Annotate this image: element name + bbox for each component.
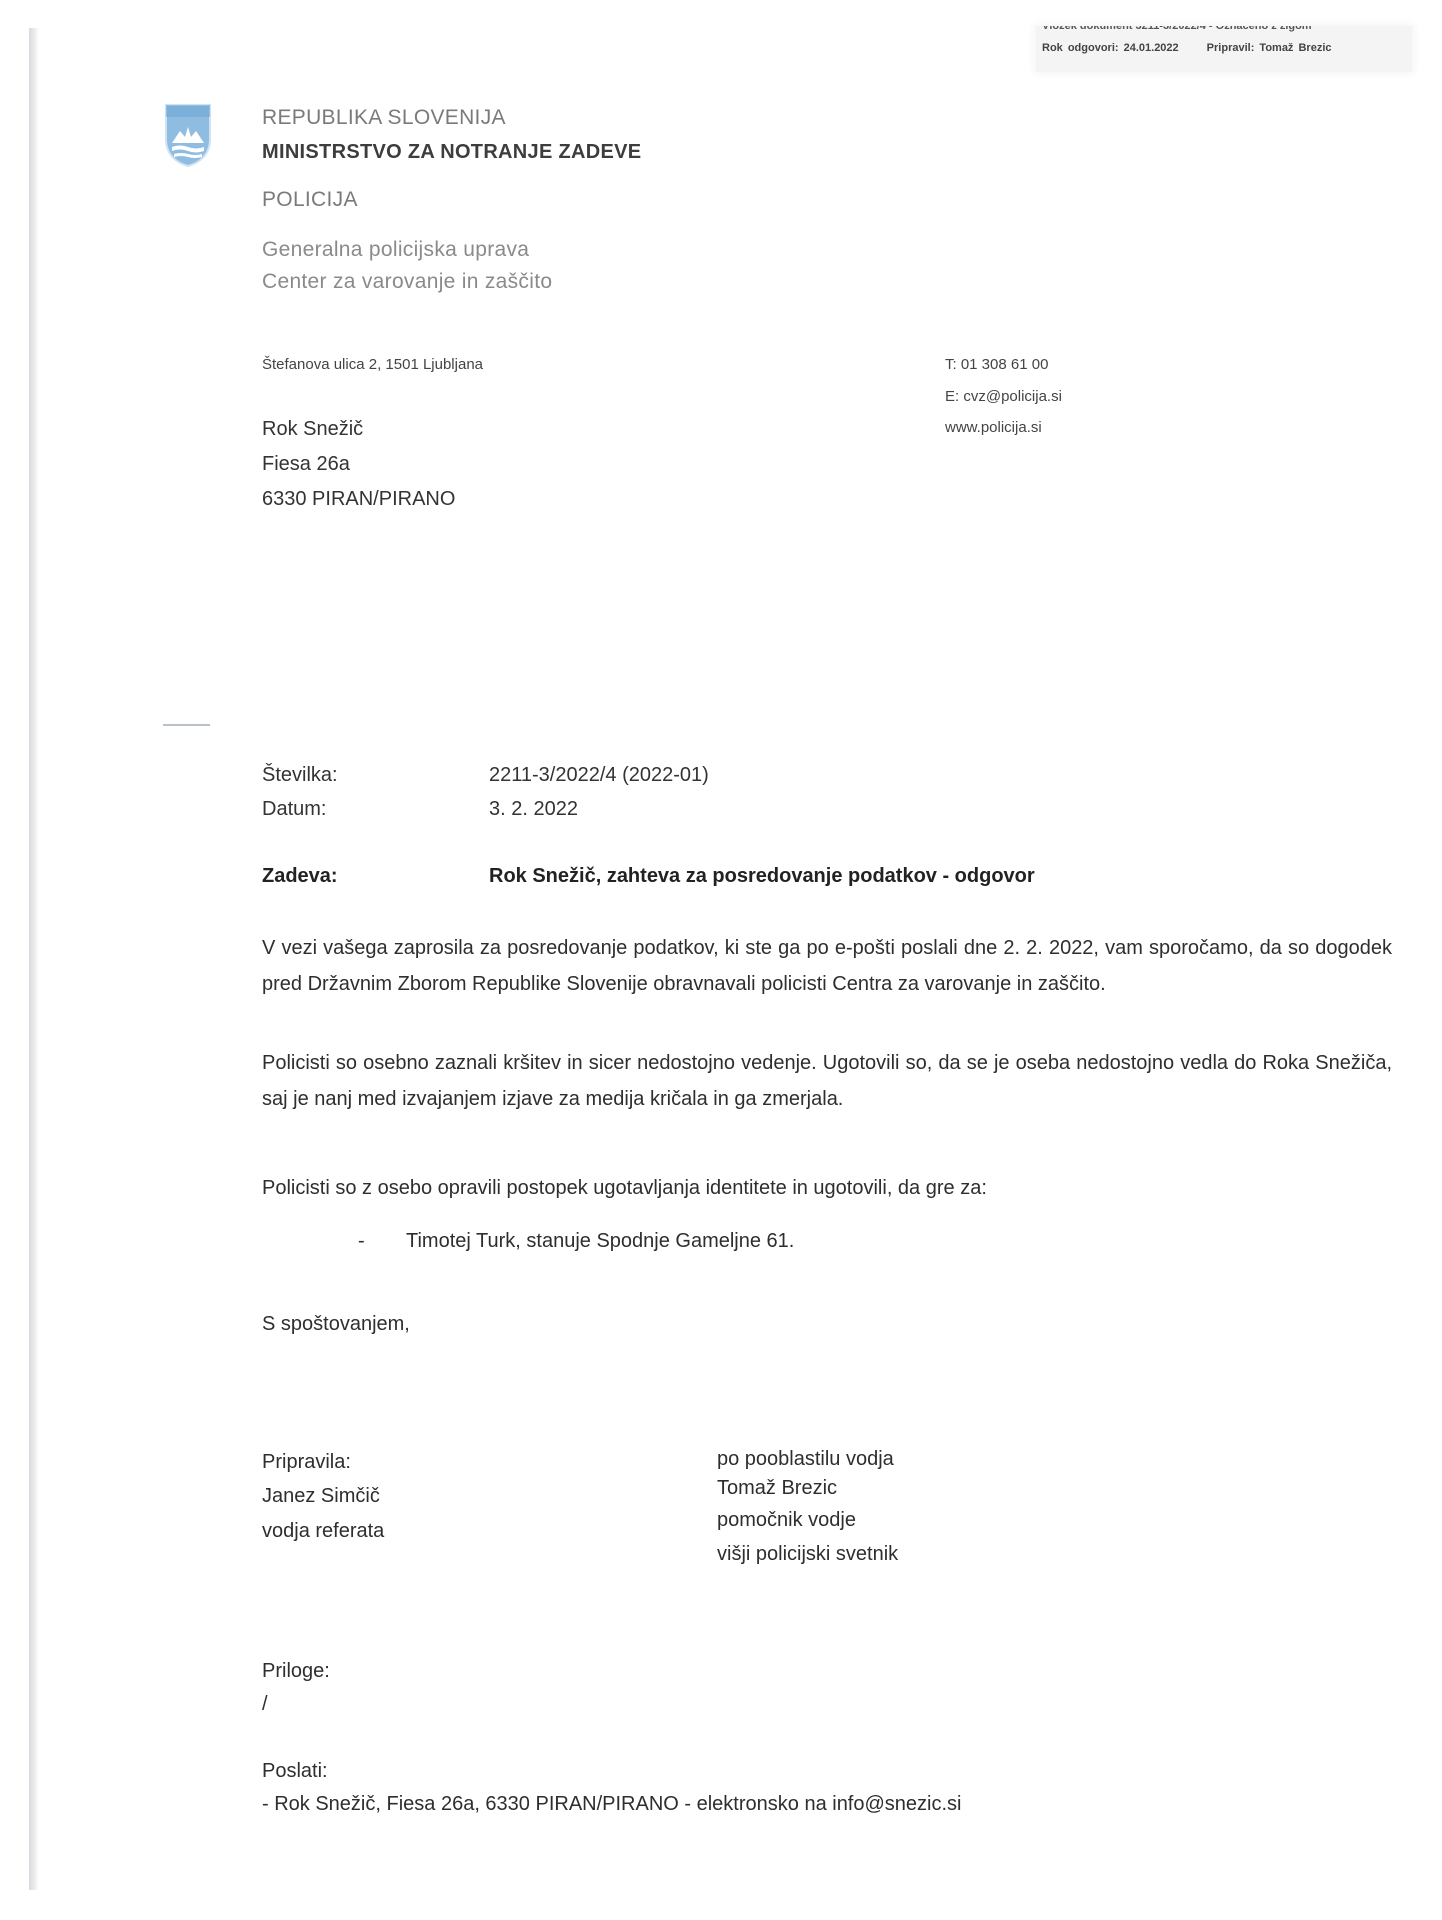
sent-label: Poslati: (262, 1760, 328, 1783)
stamp-deadline: Rok odgovori: 24.01.2022 (1042, 42, 1179, 54)
number-value: 2211-3/2022/4 (2022-01) (489, 764, 709, 787)
sender-email: E: cvz@policija.si (945, 388, 1062, 405)
sent-value: - Rok Snežič, Fiesa 26a, 6330 PIRAN/PIRA… (262, 1793, 961, 1816)
stamp-line-1: Vložek dokument 3211-3/2022/4 - Označeno… (1042, 26, 1312, 32)
receipt-stamp: Vložek dokument 3211-3/2022/4 - Označeno… (1036, 26, 1412, 72)
attachments-value: / (262, 1693, 268, 1716)
subject-label: Zadeva: (262, 865, 338, 888)
closing: S spoštovanjem, (262, 1313, 410, 1336)
recipient-name: Rok Snežič (262, 418, 363, 441)
prepared-label: Pripravila: (262, 1451, 351, 1474)
signer-title: višji policijski svetnik (717, 1543, 898, 1566)
number-label: Številka: (262, 764, 338, 787)
letterhead-directorate: Generalna policijska uprava (262, 238, 529, 262)
letterhead-agency: POLICIJA (262, 188, 358, 212)
stamp-line-2: Rok odgovori: 24.01.2022Pripravil: Tomaž… (1042, 42, 1332, 54)
attachments-label: Priloge: (262, 1660, 330, 1683)
prepared-name: Janez Simčič (262, 1485, 380, 1508)
letterhead-unit: Center za varovanje in zaščito (262, 270, 552, 294)
body-paragraph-1: V vezi vašega zaprosila za posredovanje … (262, 930, 1392, 1002)
signer-name: Tomaž Brezic (717, 1477, 837, 1500)
list-item: Timotej Turk, stanuje Spodnje Gameljne 6… (406, 1230, 794, 1253)
sender-phone: T: 01 308 61 00 (945, 356, 1048, 373)
signer-authority: po pooblastilu vodja (717, 1448, 894, 1471)
list-bullet: - (358, 1230, 365, 1253)
letterhead-ministry: MINISTRSTVO ZA NOTRANJE ZADEVE (262, 141, 641, 164)
fold-mark (163, 724, 210, 726)
page-edge (29, 28, 39, 1890)
date-value: 3. 2. 2022 (489, 798, 578, 821)
sender-address: Štefanova ulica 2, 1501 Ljubljana (262, 356, 483, 373)
body-paragraph-3: Policisti so z osebo opravili postopek u… (262, 1170, 1392, 1206)
letterhead-country: REPUBLIKA SLOVENIJA (262, 106, 506, 130)
coat-of-arms-icon (163, 103, 213, 167)
signer-role: pomočnik vodje (717, 1509, 856, 1532)
recipient-city: 6330 PIRAN/PIRANO (262, 488, 455, 511)
date-label: Datum: (262, 798, 326, 821)
sender-website: www.policija.si (945, 419, 1042, 436)
body-paragraph-2: Policisti so osebno zaznali kršitev in s… (262, 1045, 1392, 1117)
stamp-prepared-by: Pripravil: Tomaž Brezic (1207, 42, 1332, 54)
recipient-street: Fiesa 26a (262, 453, 350, 476)
prepared-title: vodja referata (262, 1520, 384, 1543)
subject-value: Rok Snežič, zahteva za posredovanje poda… (489, 865, 1035, 888)
